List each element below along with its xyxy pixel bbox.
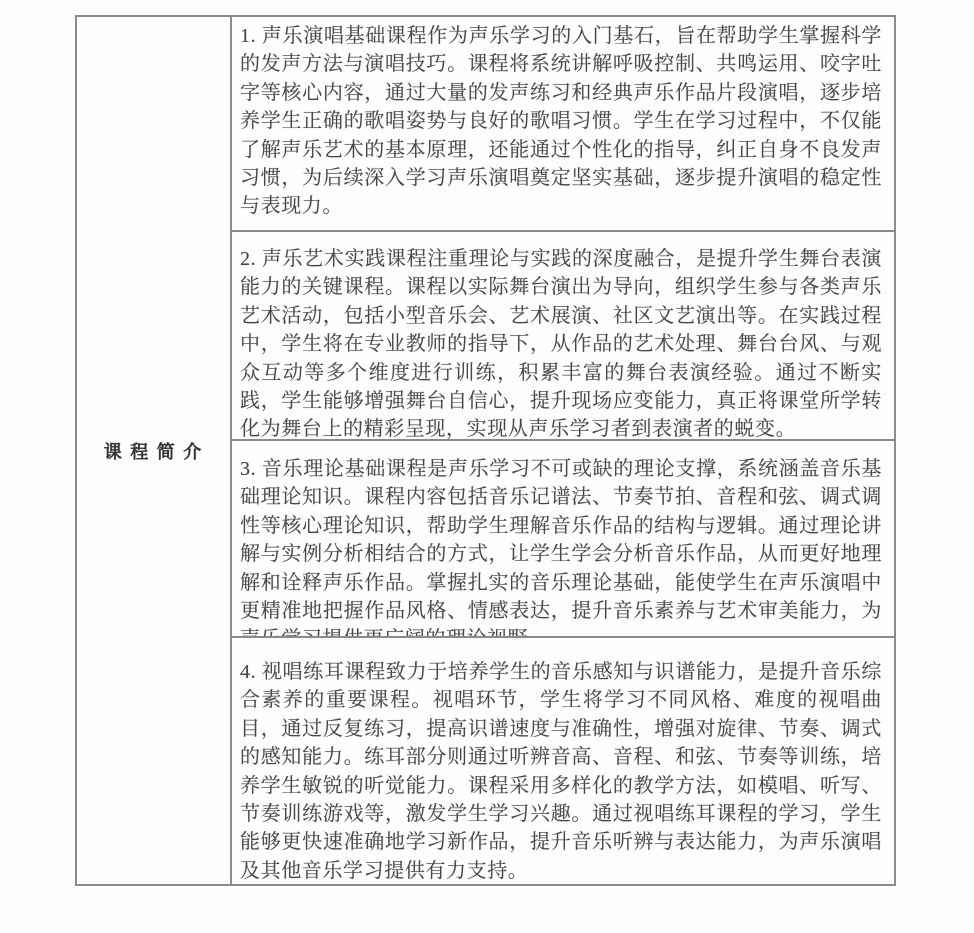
course-row-sight-singing-ear-training: 4. 视唱练耳课程致力于培养学生的音乐感知与识谱能力，是提升音乐综合素养的重要课… — [232, 638, 894, 884]
course-intro-header-cell: 课 程 简 介 — [77, 17, 232, 884]
course-intro-header-label: 课 程 简 介 — [104, 438, 204, 464]
course-row-vocal-performance-basics: 1. 声乐演唱基础课程作为声乐学习的入门基石，旨在帮助学生掌握科学的发声方法与演… — [232, 17, 894, 232]
course-description-text-1: 1. 声乐演唱基础课程作为声乐学习的入门基石，旨在帮助学生掌握科学的发声方法与演… — [240, 22, 882, 221]
course-description-text-2: 2. 声乐艺术实践课程注重理论与实践的深度融合，是提升学生舞台表演能力的关键课程… — [240, 245, 882, 441]
course-row-music-theory-basics: 3. 音乐理论基础课程是声乐学习不可或缺的理论支撑，系统涵盖音乐基础理论知识。课… — [232, 441, 894, 638]
course-intro-table: 课 程 简 介 1. 声乐演唱基础课程作为声乐学习的入门基石，旨在帮助学生掌握科… — [75, 15, 896, 886]
course-row-vocal-art-practice: 2. 声乐艺术实践课程注重理论与实践的深度融合，是提升学生舞台表演能力的关键课程… — [232, 232, 894, 441]
course-description-text-3: 3. 音乐理论基础课程是声乐学习不可或缺的理论支撑，系统涵盖音乐基础理论知识。课… — [240, 455, 882, 638]
scanned-document-page: 课 程 简 介 1. 声乐演唱基础课程作为声乐学习的入门基石，旨在帮助学生掌握科… — [0, 0, 974, 933]
course-description-text-4: 4. 视唱练耳课程致力于培养学生的音乐感知与识谱能力，是提升音乐综合素养的重要课… — [240, 658, 882, 884]
course-rows-column: 1. 声乐演唱基础课程作为声乐学习的入门基石，旨在帮助学生掌握科学的发声方法与演… — [232, 17, 894, 884]
